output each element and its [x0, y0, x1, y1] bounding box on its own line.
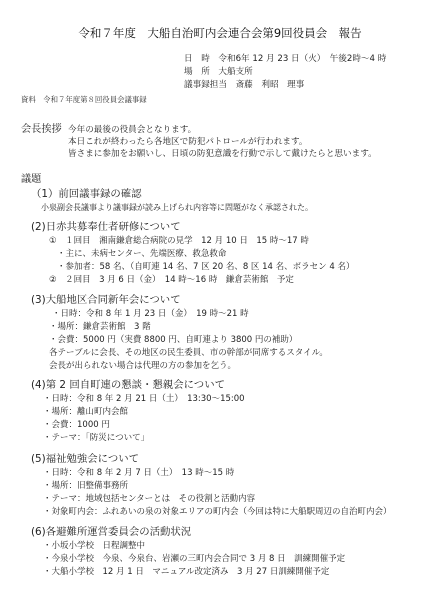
document-title: 令和７年度 大船自治町内会連合会第9回役員会 報告 [0, 28, 440, 40]
agenda-item-line: ・場所：旧整備事務所 [43, 482, 128, 491]
agenda-item-line: ・小坂小学校 日程調整中 [43, 542, 145, 551]
agenda-item-line: ・大船小学校 12 月 1 日 マニュアル改定済み 3 月 27 日訓練開催予定 [43, 568, 329, 577]
agenda-item-line: ・会費：5000 円（実費 8800 円、自町連より 3800 円の補助） [49, 336, 297, 345]
agenda-item-heading: （1）前回議事録の確認 [31, 189, 142, 199]
agenda-item-line: ・主に、未病センター、先端医療、救急救命 [57, 250, 226, 259]
agenda-title: 議題 [21, 175, 41, 185]
agenda-item-line: ・日時：令和 8 年 1 月 23 日（金） 19 時～21 時 [52, 310, 249, 319]
agenda-item-line: ・会費：1000 円 [43, 421, 110, 430]
greeting-label: 会長挨拶 [21, 125, 62, 135]
meeting-datetime: 日 時 令和6年 12 月 23 日（火） 午後2時～4 時 [184, 55, 386, 64]
agenda-item-line: ・場所：離山町内会館 [43, 408, 128, 417]
greeting-line: 本日これが終わったら各地区で防犯パトロールが行われます。 [68, 138, 308, 147]
agenda-item-line: ① １回目 湘南鎌倉総合病院の見学 12 月 10 日 15 時～17 時 [49, 237, 309, 246]
agenda-item-line: ・今泉小学校 今泉、今泉台、岩瀬の三町内会合同で 3 月 8 日 訓練開催予定 [43, 555, 345, 564]
agenda-item-heading: (6)各避難所運営委員会の活動状況 [31, 527, 191, 537]
minutes-recorder: 議事録担当 斎藤 利昭 理事 [184, 81, 304, 90]
greeting-line: 皆さまに参加をお願いし、日頃の防犯意識を行動で示して戴けたらと思います。 [68, 150, 377, 159]
agenda-item-heading: (5)福祉勉強会について [31, 454, 139, 464]
agenda-item-line: ② ２回目 3 月 6 日（金） 14 時～16 時 鎌倉芸術館 予定 [49, 276, 294, 285]
agenda-item-heading: (2)日赤共募奉仕者研修について [31, 222, 181, 232]
agenda-item-line: ・日時：令和 8 年 2 月 21 日（土） 13:30～15:00 [43, 395, 245, 404]
agenda-item-line: ・テーマ：地域包括センターとは その役割と活動内容 [43, 495, 255, 504]
agenda-item-line: ・対象町内会：ふれあいの泉の対象エリアの町内会（今回は特に大船駅周辺の自治町内会… [43, 508, 392, 517]
agenda-item-line: 会長が出られない場合は代理の方の参加を乞う。 [49, 362, 236, 371]
reference-material: 資料 令和７年度第８回役員会議事録 [21, 96, 147, 103]
greeting-line: 今年の最後の役員会となります。 [68, 126, 196, 135]
agenda-item-line: ・日時：令和 8 年 2 月 7 日（土） 13 時～15 時 [43, 469, 234, 478]
agenda-item-line: 小泉副会長議事より議事録が読み上げられ内容等に問題がなく承認された。 [41, 204, 313, 212]
agenda-item-line: ・参加者：58 名、（自町連 14 名、7 区 20 名、8 区 14 名、ボラ… [57, 263, 354, 272]
agenda-item-heading: (4)第 2 回自町連の懇談・懇親会について [31, 380, 225, 390]
agenda-item-line: ・テーマ：「防災について」 [43, 434, 149, 443]
agenda-item-line: 各テーブルに会長、その地区の民生委員、市の幹部が同席するスタイル。 [49, 349, 328, 358]
meeting-location: 場 所 大船支所 [184, 68, 253, 77]
agenda-item-line: ・場所：鎌倉芸術館 3 階 [49, 323, 151, 332]
agenda-item-heading: (3)大船地区合同新年会について [31, 295, 181, 305]
